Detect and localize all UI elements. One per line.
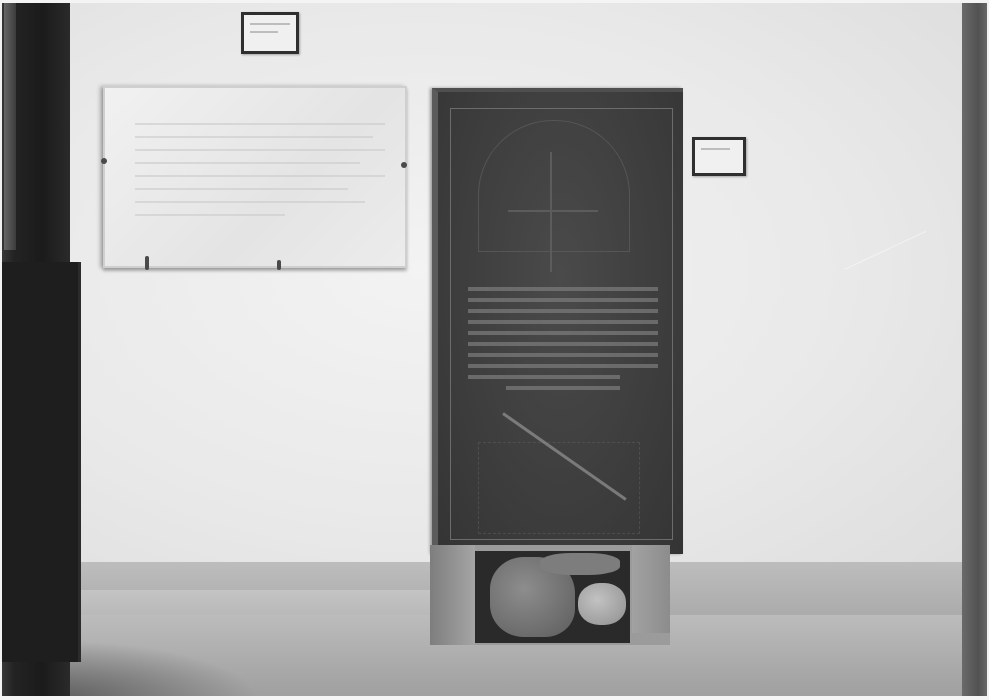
door-lower-panel — [0, 262, 81, 662]
base-pillar-left — [430, 545, 475, 645]
plaque-hook — [401, 162, 407, 168]
door-frame-edge — [4, 0, 16, 250]
base-pillar-right — [632, 545, 670, 633]
plaque-hook — [277, 260, 281, 270]
plaque-hook — [145, 256, 149, 270]
slab-cross-motif — [550, 152, 552, 272]
rubble-stone — [578, 583, 626, 625]
tomb-slab — [432, 88, 683, 554]
stone-plaque — [103, 86, 407, 268]
slab-cross-motif — [508, 210, 598, 212]
framed-label-top — [241, 12, 299, 54]
photograph — [0, 0, 989, 700]
framed-label-right — [692, 137, 746, 176]
plaque-inscription — [135, 112, 385, 232]
shadowed-wall-edge — [962, 0, 989, 700]
plaque-hook — [101, 158, 107, 164]
slab-inscription — [468, 280, 658, 397]
slab-lower-motif — [478, 442, 640, 534]
slab-base — [430, 545, 670, 645]
rubble-stone — [540, 553, 620, 575]
